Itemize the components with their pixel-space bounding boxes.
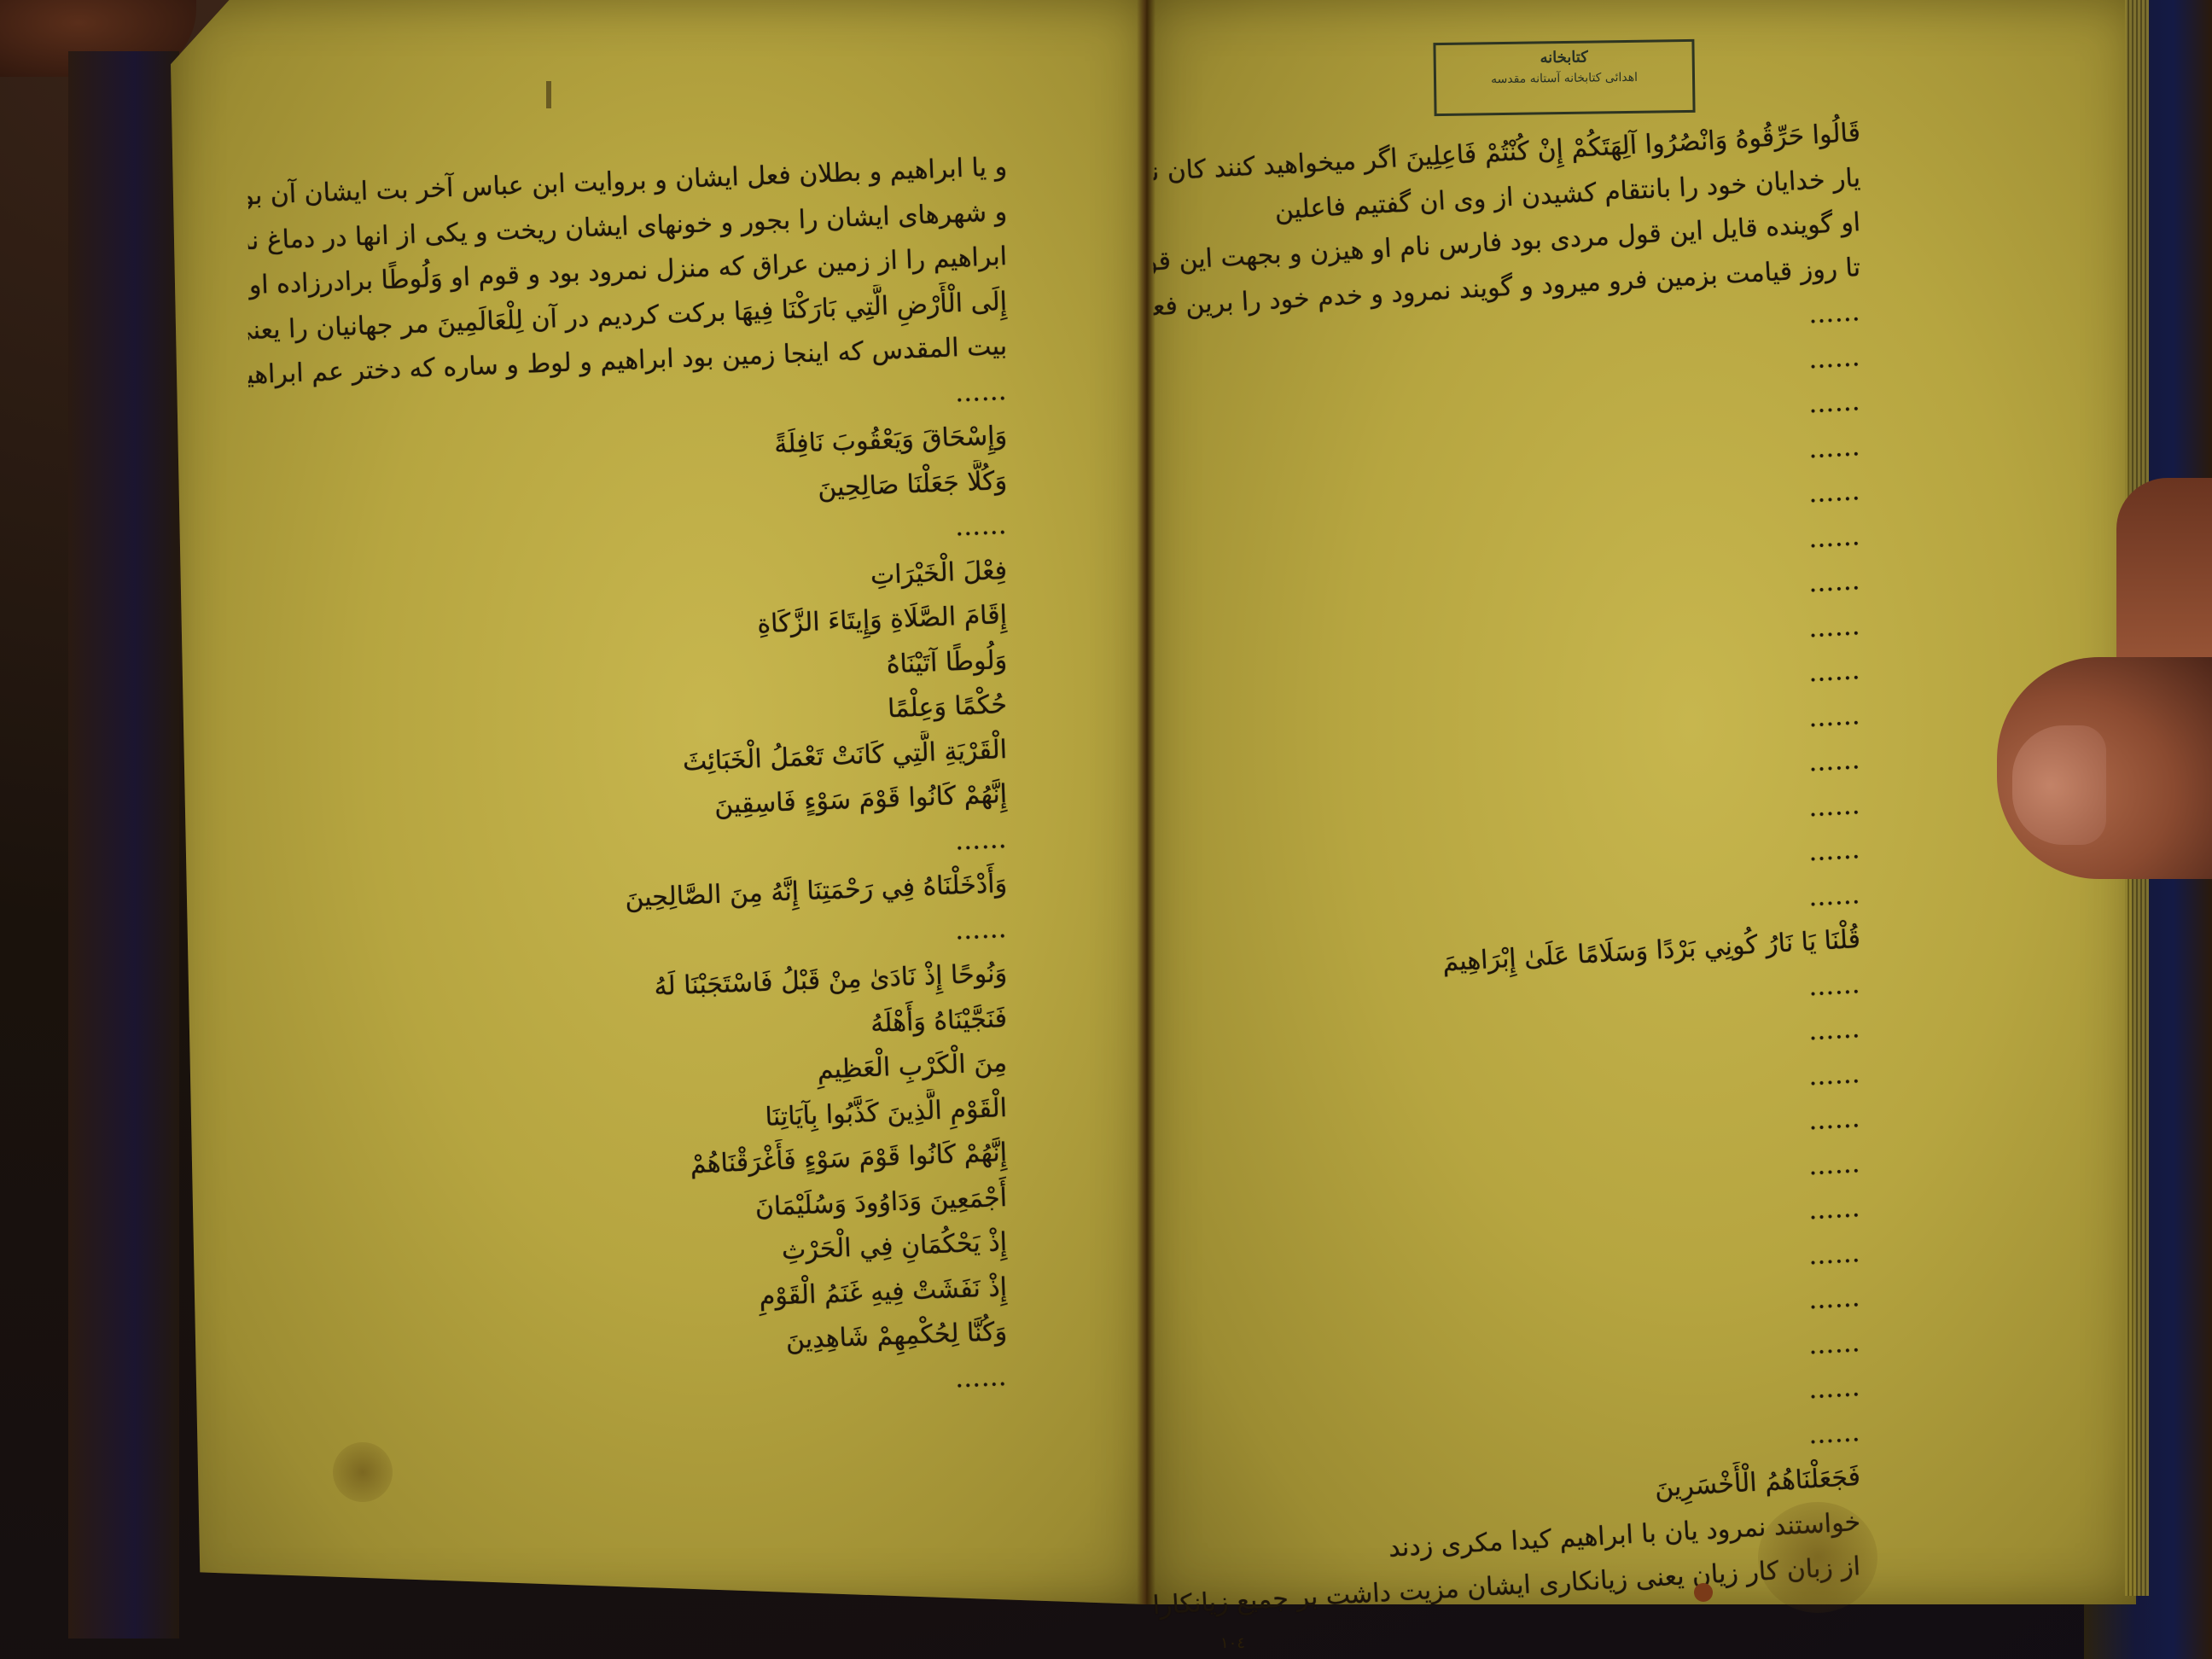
spot-stain — [1694, 1583, 1713, 1602]
margin-mark — [546, 81, 551, 108]
seal-subtitle: اهدائی کتابخانه آستانه مقدسه — [1436, 70, 1692, 87]
library-seal-stamp: کتابخانه اهدائی کتابخانه آستانه مقدسه — [1433, 39, 1695, 116]
ink-stain — [333, 1442, 393, 1502]
water-stain — [1758, 1502, 1877, 1613]
thumbnail — [2012, 725, 2106, 845]
folio-number: ١٠٤ — [1220, 1634, 1245, 1652]
seal-title: کتابخانه — [1436, 47, 1692, 68]
left-page-text: و یا ابراهیم و بطلان فعل ایشان و بروایت … — [247, 145, 1007, 1400]
hand-thumb — [1997, 657, 2212, 879]
manuscript-photo: کتابخانه اهدائی کتابخانه آستانه مقدسه و … — [0, 0, 2212, 1659]
right-page-text: قَالُوا حَرِّقُوهُ وَانْصُرُوا آلِهَتَكُ… — [1152, 111, 1860, 1590]
